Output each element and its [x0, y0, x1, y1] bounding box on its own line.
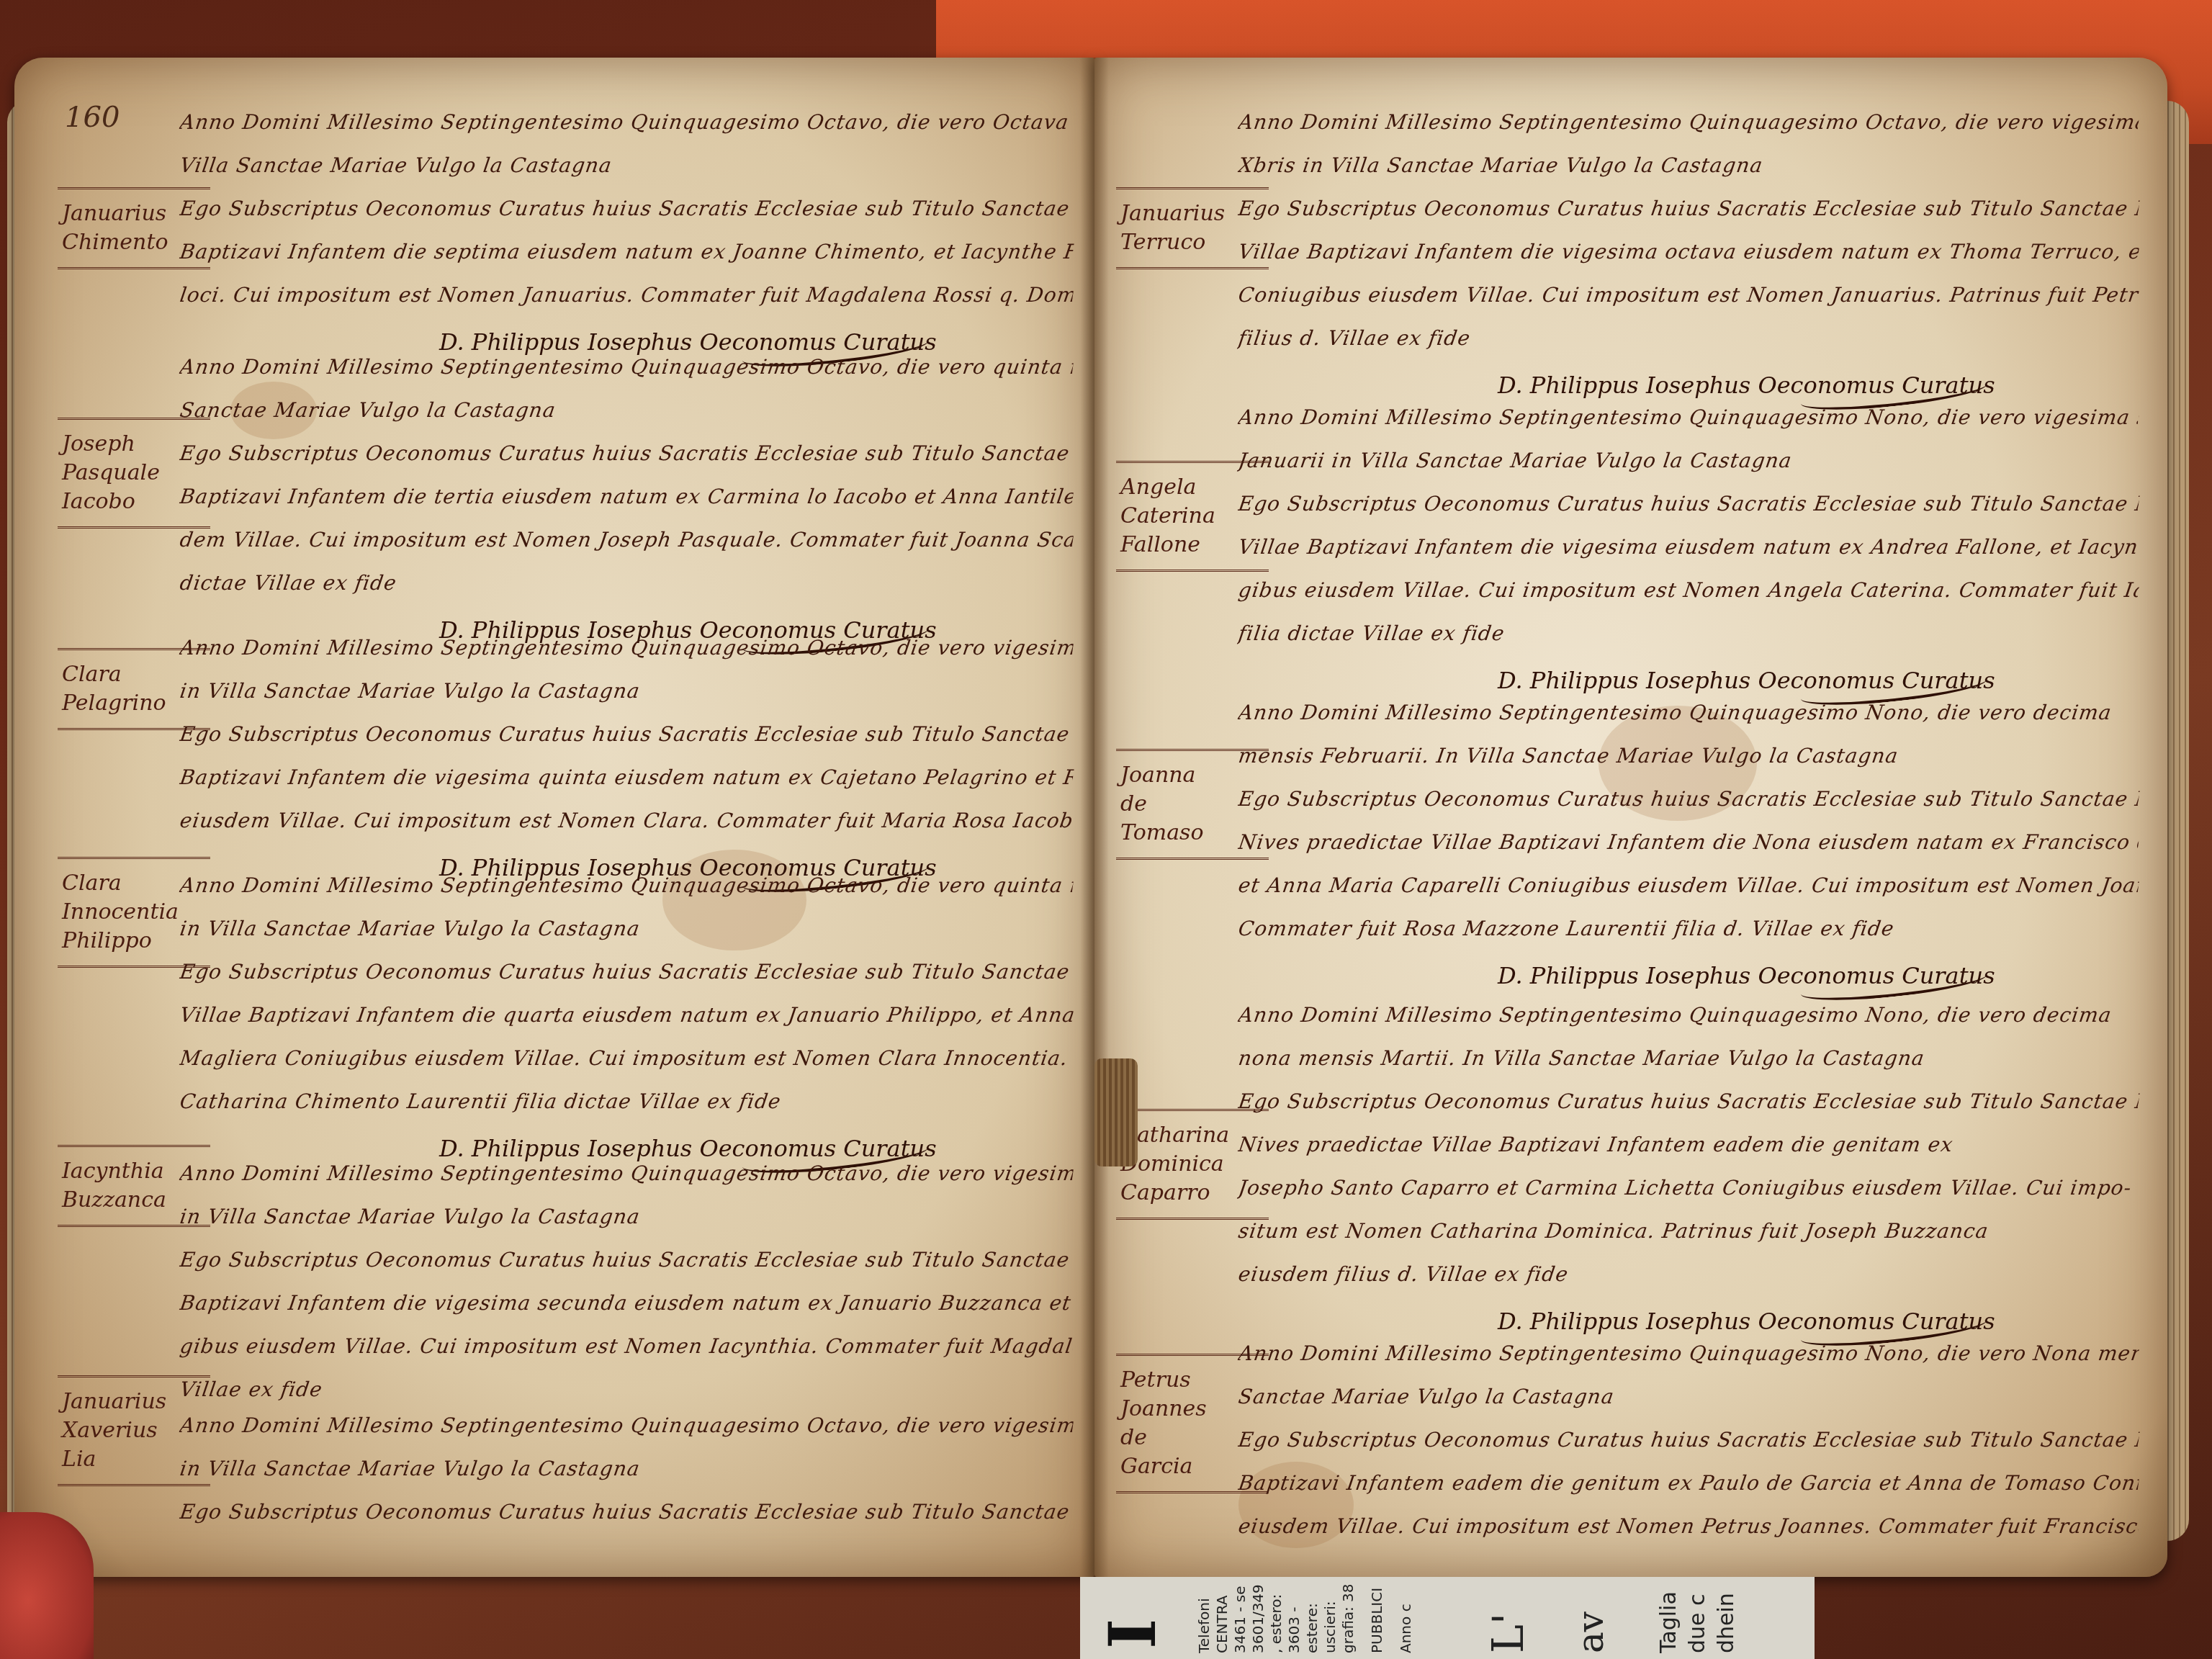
newspaper-text: Telefoni — [1195, 1581, 1213, 1653]
entry-line: Baptizavi Infantem die vigesima quinta e… — [177, 756, 1076, 799]
entry-line: Anno Domini Millesimo Septingentesimo Qu… — [1236, 101, 2141, 144]
entry-line: Baptizavi Infantem die tertia eiusdem na… — [177, 475, 1076, 518]
entry-line: Josepho Santo Caparro et Carmina Lichett… — [1236, 1166, 2141, 1210]
newspaper-text: 3461 - se — [1231, 1581, 1249, 1653]
newspaper-text: 3603 - — [1285, 1581, 1303, 1653]
entry-line: Januarii in Villa Sanctae Mariae Vulgo l… — [1236, 439, 2141, 482]
holding-thumb — [0, 1512, 94, 1659]
baptism-entry: Anno Domini Millesimo Septingentesimo Qu… — [1238, 101, 2139, 410]
entry-line: eiusdem Villae. Cui impositum est Nomen … — [177, 799, 1076, 842]
newspaper-text: Anno c — [1397, 1581, 1414, 1653]
newspaper-headline: L' — [1483, 1581, 1534, 1653]
entry-line: Ego Subscriptus Oeconomus Curatus huius … — [177, 950, 1076, 994]
entry-line: Xbris in Villa Sanctae Mariae Vulgo la C… — [1236, 144, 2141, 187]
newspaper-text: dhein — [1714, 1581, 1739, 1653]
entry-line: Ego Subscriptus Oeconomus Curatus huius … — [177, 713, 1076, 756]
baptism-entry: Anno Domini Millesimo Septingentesimo Qu… — [1238, 1332, 2139, 1548]
entry-line: dictae Villae ex fide — [177, 562, 1076, 605]
entry-line: Anno Domini Millesimo Septingentesimo Qu… — [177, 626, 1076, 670]
entry-line: Anno Domini Millesimo Septingentesimo Qu… — [1236, 994, 2141, 1037]
binding-thread — [1094, 1058, 1138, 1166]
book-gutter — [1080, 58, 1109, 1577]
newspaper-text: due c — [1685, 1581, 1710, 1653]
entry-line: Nives praedictae Villae Baptizavi Infant… — [1236, 821, 2141, 864]
baptism-entry: Anno Domini Millesimo Septingentesimo Qu… — [180, 346, 1073, 655]
entry-line: Anno Domini Millesimo Septingentesimo Qu… — [177, 1404, 1076, 1447]
entry-line: Sanctae Mariae Vulgo la Castagna — [1236, 1375, 2141, 1419]
entry-line: Ego Subscriptus Oeconomus Curatus huius … — [1236, 1419, 2141, 1462]
entry-line: Ego Subscriptus Oeconomus Curatus huius … — [177, 1238, 1076, 1282]
entry-line: Ego Subscriptus Oeconomus Curatus huius … — [177, 187, 1076, 230]
entry-line: Anno Domini Millesimo Septingentesimo Qu… — [177, 1152, 1076, 1195]
entry-line: in Villa Sanctae Mariae Vulgo la Castagn… — [177, 1195, 1076, 1238]
baptism-entry: Anno Domini Millesimo Septingentesimo Qu… — [1238, 994, 2139, 1346]
baptism-entry: Anno Domini Millesimo Septingentesimo Qu… — [1238, 396, 2139, 706]
newspaper-text: , estero: — [1267, 1581, 1285, 1653]
right-page: Januarius Terruco Angela Caterina Fallon… — [1094, 58, 2167, 1577]
entry-line: Catharina Chimento Laurentii filia dicta… — [177, 1080, 1076, 1123]
entry-line: Anno Domini Millesimo Septingentesimo Qu… — [1236, 691, 2141, 734]
entry-line: mensis Februarii. In Villa Sanctae Maria… — [1236, 734, 2141, 778]
entry-line: Commater fuit Rosa Mazzone Laurentii fil… — [1236, 907, 2141, 950]
newspaper-text: uscieri: — [1321, 1581, 1339, 1653]
entry-line: loci. Cui impositum est Nomen Januarius.… — [177, 274, 1076, 317]
entry-line: eiusdem filius d. Villae ex fide — [1236, 1253, 2141, 1296]
entry-line: Ego Subscriptus Oeconomus Curatus huius … — [1236, 482, 2141, 526]
page-number: 160 — [65, 101, 120, 134]
entry-line: filia dictae Villae ex fide — [1236, 612, 2141, 655]
newspaper-text: 3601/349 — [1249, 1581, 1267, 1653]
baptism-entry: Anno Domini Millesimo Septingentesimo Qu… — [180, 864, 1073, 1174]
entry-line: Nives praedictae Villae Baptizavi Infant… — [1236, 1123, 2141, 1166]
entry-line: Coniugibus eiusdem Villae. Cui impositum… — [1236, 274, 2141, 317]
newspaper-clipping: I Telefoni CENTRA 3461 - se 3601/349 , e… — [1080, 1577, 1815, 1659]
entry-line: Magliera Coniugibus eiusdem Villae. Cui … — [177, 1037, 1076, 1080]
entry-line: Anno Domini Millesimo Septingentesimo Qu… — [1236, 1332, 2141, 1375]
entry-line: Ego Subscriptus Oeconomus Curatus huius … — [1236, 187, 2141, 230]
newspaper-text: Taglia — [1656, 1581, 1681, 1653]
newspaper-masthead-letter: I — [1094, 1619, 1171, 1649]
entry-line: in Villa Sanctae Mariae Vulgo la Castagn… — [177, 1447, 1076, 1491]
entry-line: Baptizavi Infantem die vigesima secunda … — [177, 1282, 1076, 1325]
newspaper-text: estere: — [1303, 1581, 1321, 1653]
entry-line: in Villa Sanctae Mariae Vulgo la Castagn… — [177, 670, 1076, 713]
open-register-book: 160 Januarius Chimento Joseph Pasquale I… — [14, 58, 2175, 1577]
entry-line: Baptizavi Infantem die septima eiusdem n… — [177, 230, 1076, 274]
entry-line: Ego Subscriptus Oeconomus Curatus huius … — [177, 1491, 1076, 1534]
newspaper-text: grafia: 38 — [1339, 1581, 1357, 1653]
entry-line: Ego Subscriptus Oeconomus Curatus huius … — [1236, 778, 2141, 821]
entry-line: situm est Nomen Catharina Dominica. Patr… — [1236, 1210, 2141, 1253]
entry-line: Villa Sanctae Mariae Vulgo la Castagna — [177, 144, 1076, 187]
entry-line: Anno Domini Millesimo Septingentesimo Qu… — [1236, 396, 2141, 439]
entry-line: in Villa Sanctae Mariae Vulgo la Castagn… — [177, 907, 1076, 950]
baptism-entry: Anno Domini Millesimo Septingentesimo Qu… — [180, 101, 1073, 367]
entry-line: Anno Domini Millesimo Septingentesimo Qu… — [177, 346, 1076, 389]
baptism-entry: Anno Domini Millesimo Septingentesimo Qu… — [1238, 691, 2139, 1001]
left-page: 160 Januarius Chimento Joseph Pasquale I… — [14, 58, 1094, 1577]
newspaper-text: PUBBLICI — [1368, 1581, 1385, 1653]
entry-line: Sanctae Mariae Vulgo la Castagna — [177, 389, 1076, 432]
entry-line: Villae Baptizavi Infantem die vigesima e… — [1236, 526, 2141, 569]
entry-line: Ego Subscriptus Oeconomus Curatus huius … — [177, 432, 1076, 475]
newspaper-text: CENTRA — [1213, 1581, 1231, 1653]
entry-line: gibus eiusdem Villae. Cui impositum est … — [1236, 569, 2141, 612]
entry-line: Villae Baptizavi Infantem die vigesima o… — [1236, 230, 2141, 274]
baptism-entry: Anno Domini Millesimo Septingentesimo Qu… — [180, 1152, 1073, 1411]
entry-line: dem Villae. Cui impositum est Nomen Jose… — [177, 518, 1076, 562]
entry-line: eiusdem Villae. Cui impositum est Nomen … — [1236, 1505, 2141, 1548]
entry-line: filius d. Villae ex fide — [1236, 317, 2141, 360]
newspaper-headline: av — [1570, 1581, 1611, 1653]
entry-line: Villae Baptizavi Infantem die quarta eiu… — [177, 994, 1076, 1037]
baptism-entry: Anno Domini Millesimo Septingentesimo Qu… — [180, 1404, 1073, 1534]
entry-line: Ego Subscriptus Oeconomus Curatus huius … — [1236, 1080, 2141, 1123]
entry-line: et Anna Maria Caparelli Coniugibus eiusd… — [1236, 864, 2141, 907]
baptism-entry: Anno Domini Millesimo Septingentesimo Qu… — [180, 626, 1073, 893]
entry-line: gibus eiusdem Villae. Cui impositum est … — [177, 1325, 1076, 1368]
entry-line: nona mensis Martii. In Villa Sanctae Mar… — [1236, 1037, 2141, 1080]
entry-line: Baptizavi Infantem eadem die genitum ex … — [1236, 1462, 2141, 1505]
entry-line: Anno Domini Millesimo Septingentesimo Qu… — [177, 864, 1076, 907]
entry-line: Anno Domini Millesimo Septingentesimo Qu… — [177, 101, 1076, 144]
